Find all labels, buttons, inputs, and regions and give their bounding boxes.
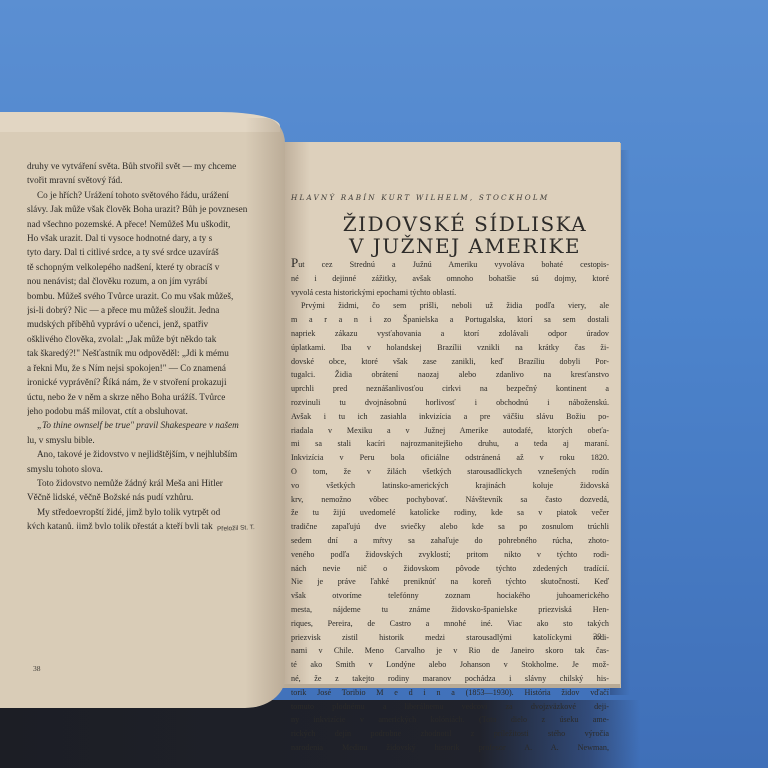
text-line: tyto dary. Dal ti citlivé srdce, a ty sv… bbox=[27, 245, 289, 259]
text-line: veného podľa židovských zvyklostí; prito… bbox=[291, 548, 609, 562]
text-line: m a r a n i zo Španielska a Portugalska,… bbox=[291, 313, 609, 327]
text-line: Prvými židmi, čo sem prišli, neboli už ž… bbox=[291, 299, 609, 313]
text-line: Věčně lidské, věčně Božské nás pudí vzhů… bbox=[27, 490, 289, 504]
text-line: Co je hřích? Urážení tohoto světového řá… bbox=[27, 188, 289, 202]
title-line-1: ŽIDOVSKÉ SÍDLISKA bbox=[320, 213, 610, 235]
text-line: mudských příběhů vypráví o učenci, jenž,… bbox=[27, 317, 289, 331]
text-line: mesta, nájdeme tu známe židovsko-španiel… bbox=[291, 603, 609, 617]
text-line: lu, v smyslu bible. bbox=[27, 433, 289, 447]
text-line: však otvoríme telefónny zoznam hociakého… bbox=[291, 589, 609, 603]
text-line: jeho podobu máš milovat, ctít a obsluhov… bbox=[27, 404, 289, 418]
text-line: né i dejinné zážitky, avšak omnoho bohat… bbox=[291, 272, 609, 286]
text-line: torik José Toribio M e d i n a (1853—193… bbox=[291, 686, 609, 700]
text-line: Ano, takové je židovstvo v nejlidštějším… bbox=[27, 447, 289, 461]
text-line: mi sa stali kacíri najrozmanitejšieho dr… bbox=[291, 437, 609, 451]
text-line: Nie je práve ľahké preniknúť na koreň tý… bbox=[291, 575, 609, 589]
text-line: vyvolá cesta historickými epochami týcht… bbox=[291, 286, 609, 300]
text-line: že tu žijú uvedomelé katolícke rodiny, k… bbox=[291, 506, 609, 520]
text-line: O tom, že v žilách všetkých starousadlíc… bbox=[291, 465, 609, 479]
text-line: rických dejín podrobne zhodnotil z príle… bbox=[291, 727, 609, 741]
text-line: úctu, nebo že v něm a skrze něho Boha ur… bbox=[27, 390, 289, 404]
text-line: dovské obce, ktoré však zase zanikli, ke… bbox=[291, 355, 609, 369]
text-line: úplatkami. Iba v holandskej Brazílii vzn… bbox=[291, 341, 609, 355]
text-line: uprchli pred neznášanlivosťou cirkvi na … bbox=[291, 382, 609, 396]
page-number-right: 39 bbox=[593, 631, 602, 641]
text-line: Put cez Strednú a Južnú Ameriku vyvoláva… bbox=[291, 256, 609, 272]
text-line: Inkvizícia v Peru bola oficiálne odstrán… bbox=[291, 451, 609, 465]
text-line: jsi-li dobrý? Nic — a přece mu můžeš slo… bbox=[27, 303, 289, 317]
text-line: rozvinuli tu dvojnásobnú horlivosť i obc… bbox=[291, 396, 609, 410]
text-line: nách nevie nič o židovskom pôvode týchto… bbox=[291, 562, 609, 576]
text-line: nad všechno pozemské. A přece! Nemůžeš M… bbox=[27, 217, 289, 231]
text-line: ironické vyprávění? Říká nám, že v stvoř… bbox=[27, 375, 289, 389]
text-line: né, že z takejto rodiny maranov pochádza… bbox=[291, 672, 609, 686]
left-page-body: druhy ve vytváření světa. Bůh stvořil sv… bbox=[27, 159, 289, 529]
text-line: slávy. Jak může však člověk Boha urazit?… bbox=[27, 202, 289, 216]
text-line: tugalci. Židia obrátení naozaj alebo zda… bbox=[291, 368, 609, 382]
text-line: bombu. Můžeš svého Tvůrce urazit. Co mu … bbox=[27, 289, 289, 303]
text-line: napriek zákazu vysťahovania a ktorí zdol… bbox=[291, 327, 609, 341]
text-line: My středoevropští židé, jimž bylo tolik … bbox=[27, 505, 289, 519]
text-line: smyslu tohoto slova. bbox=[27, 462, 289, 476]
text-line: tomuto plodnému a liberálnemu vedcovi za… bbox=[291, 700, 609, 714]
text-line: riques, Pereira, de Castro a mnohé iné. … bbox=[291, 617, 609, 631]
text-line: riadala v Mexiku a v Južnej Amerike auto… bbox=[291, 424, 609, 438]
text-line: vo všetkých latinsko-amerických krajinác… bbox=[291, 479, 609, 493]
page-number-left: 38 bbox=[33, 664, 41, 673]
text-line: tvořit mravní světový řád. bbox=[27, 173, 289, 187]
text-line: krv, nemožno vôbec pochybovať. Návštevní… bbox=[291, 493, 609, 507]
title-line-2: V JUŽNEJ AMERIKE bbox=[320, 235, 610, 257]
text-line: tak škaredý?!" Nešťastník mu odpověděl: … bbox=[27, 346, 289, 360]
text-line: té ako Smith v Londýne alebo Johanson v … bbox=[291, 658, 609, 672]
text-line: nami v Chile. Meno Carvalho je v Rio de … bbox=[291, 644, 609, 658]
text-line: ny inkvizície v amerických kolóniách. (T… bbox=[291, 713, 609, 727]
author-line: HLAVNÝ RABÍN KURT WILHELM, STOCKHOLM bbox=[291, 193, 611, 202]
text-line: a řekni Mu, že s Ním nejsi spokojen!" — … bbox=[27, 361, 289, 375]
text-line: Avšak i tu ich zasiahla inkvizícia a pre… bbox=[291, 410, 609, 424]
text-line: ošklivého člověka, zvolal: „Jak může být… bbox=[27, 332, 289, 346]
text-line: Toto židovstvo nemůže žádný král Meša an… bbox=[27, 476, 289, 490]
text-line: sedem dní a mŕtvy sa zahaľuje do pohrebn… bbox=[291, 534, 609, 548]
text-line-quote: „To thine ownself be true" pravil Shakes… bbox=[27, 418, 289, 432]
text-line: nou nenávist; dal člověku rozum, a on jí… bbox=[27, 274, 289, 288]
text-line: tě schopným velkolepého nadšení, které t… bbox=[27, 260, 289, 274]
text-line: narodenia Medinu židovský historik profe… bbox=[291, 741, 609, 755]
text-line: Ho však urazit. Dal ti vysoce hodnotné d… bbox=[27, 231, 289, 245]
text-line: tradične zapaľujú dve sviečky alebo kde … bbox=[291, 520, 609, 534]
chapter-title: ŽIDOVSKÉ SÍDLISKA V JUŽNEJ AMERIKE bbox=[320, 213, 610, 257]
text-line: druhy ve vytváření světa. Bůh stvořil sv… bbox=[27, 159, 289, 173]
text-line: priezvisk zistil historik medzi starousa… bbox=[291, 631, 609, 645]
right-page-body: Put cez Strednú a Južnú Ameriku vyvoláva… bbox=[291, 256, 609, 755]
